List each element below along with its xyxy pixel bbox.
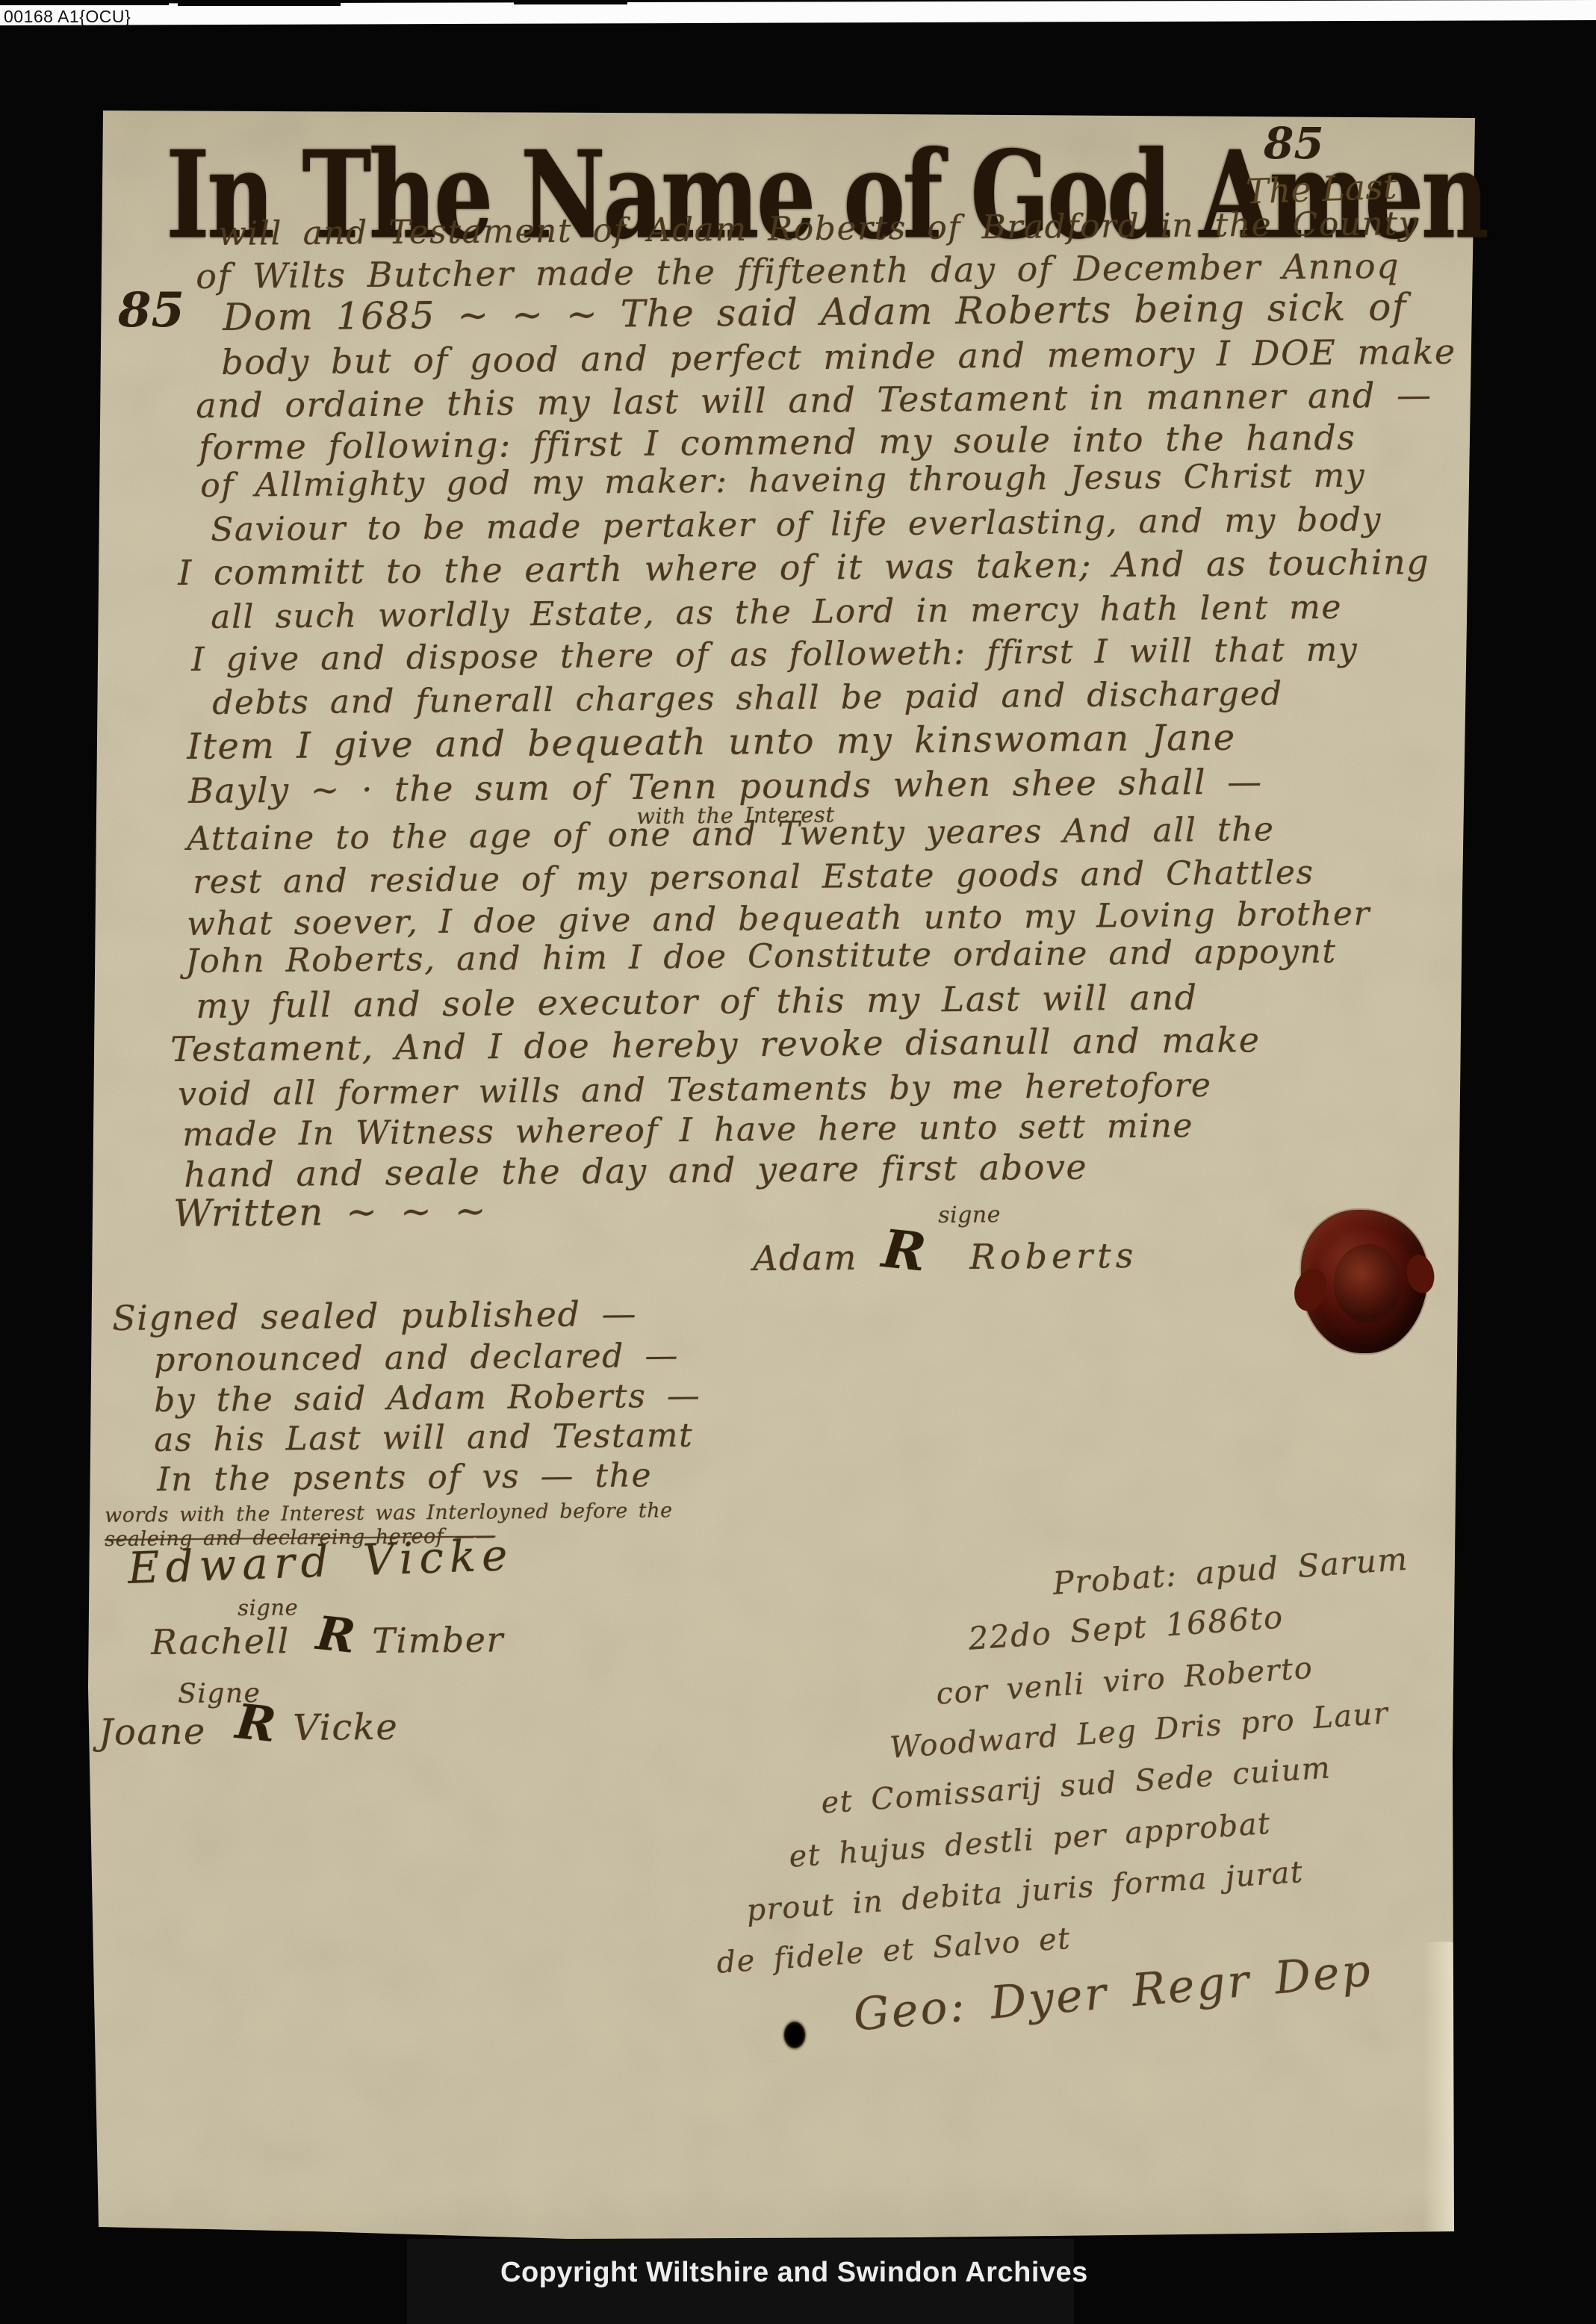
attestation-line: by the said Adam Roberts —: [154, 1377, 701, 1420]
wax-seal-impression: [1334, 1244, 1400, 1323]
scanned-document-page: 00168 A1{OCU} 85 85 In The Name of God A…: [0, 0, 1596, 2324]
witness-mark: R: [314, 1606, 358, 1664]
signe-label-testator: signe: [938, 1202, 1001, 1228]
testator-surname: Roberts: [969, 1235, 1138, 1277]
testator-given-name: Adam: [753, 1237, 857, 1278]
attestation-line: In the psents of vs — the: [157, 1456, 652, 1499]
strip-notch: [0, 0, 169, 5]
witness-surname: Vicke: [293, 1706, 399, 1749]
attestation-line: as his Last will and Testamt: [154, 1417, 693, 1459]
scan-reference-label: 00168 A1{OCU}: [4, 7, 131, 27]
strip-notch: [514, 0, 627, 4]
torn-edge-highlight: [1423, 1942, 1456, 2234]
testator-mark: R: [879, 1217, 930, 1284]
attestation-line: Signed sealed published —: [112, 1293, 637, 1338]
paper-hole: [780, 2016, 810, 2054]
signe-label-witness: signe: [237, 1594, 298, 1621]
strip-notch: [178, 0, 341, 6]
witness-given-name: Joane: [99, 1711, 206, 1753]
witness-surname: Timber: [372, 1619, 504, 1661]
will-line: Written ~ ~ ~: [173, 1189, 487, 1235]
attestation-line: pronounced and declared —: [154, 1337, 679, 1379]
will-line: hand and seale the day and yeare first a…: [184, 1146, 1087, 1195]
copyright-notice: Copyright Wiltshire and Swindon Archives: [500, 2257, 1088, 2289]
witness-mark: R: [233, 1694, 279, 1753]
witness-given-name: Rachell: [151, 1621, 290, 1662]
attestation-note-line: words with the Interest was Interloyned …: [105, 1499, 673, 1527]
folio-number-left-margin: 85: [118, 282, 184, 338]
